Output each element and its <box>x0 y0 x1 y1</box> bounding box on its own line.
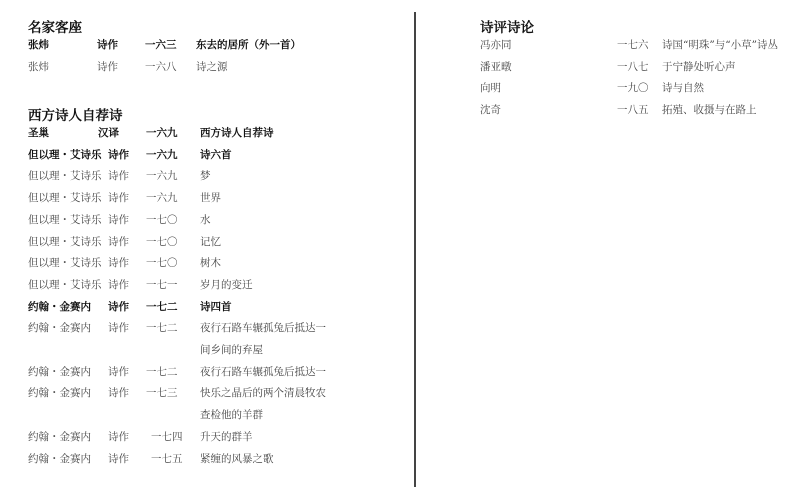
entry-title: 东去的居所（外一首） <box>196 35 301 55</box>
entry-author: 但以理・艾诗乐 <box>28 188 102 208</box>
entry-page: 一八五 <box>617 100 649 120</box>
entry-author: 冯亦同 <box>480 35 512 55</box>
entry-page: 一七〇 <box>146 253 178 273</box>
entry-page: 一六三 <box>145 35 177 55</box>
entry-title: 于宁静处听心声 <box>662 57 736 77</box>
entry-author: 但以理・艾诗乐 <box>28 166 102 186</box>
entry-title: 西方诗人自荐诗 <box>200 123 274 143</box>
entry-type: 诗作 <box>108 362 129 382</box>
entry-type: 汉译 <box>98 123 119 143</box>
entry-type: 诗作 <box>97 57 118 77</box>
entry-title: 岁月的变迁 <box>200 275 253 295</box>
entry-type: 诗作 <box>108 253 129 273</box>
entry-title: 诗国“明珠”与“小草”诗丛 <box>662 35 778 55</box>
entry-type: 诗作 <box>108 275 129 295</box>
entry-type: 诗作 <box>108 210 129 230</box>
entry-page: 一九〇 <box>617 78 649 98</box>
entry-author: 圣巢 <box>28 123 49 143</box>
entry-page: 一七〇 <box>146 232 178 252</box>
entry-author: 张炜 <box>28 35 49 55</box>
section-title-western: 西方诗人自荐诗 <box>28 104 123 124</box>
entry-title: 水 <box>200 210 211 230</box>
entry-author: 但以理・艾诗乐 <box>28 210 102 230</box>
entry-title: 世界 <box>200 188 221 208</box>
entry-author: 约翰・金赛内 <box>28 449 91 469</box>
entry-page: 一六九 <box>146 166 178 186</box>
entry-page: 一六九 <box>146 188 178 208</box>
entry-title: 拓殖、收摄与在路上 <box>662 100 757 120</box>
entry-title: 诗六首 <box>200 145 232 165</box>
entry-type: 诗作 <box>108 297 129 317</box>
entry-title: 查检他的羊群 <box>200 405 263 425</box>
entry-title: 梦 <box>200 166 211 186</box>
entry-type: 诗作 <box>108 232 129 252</box>
entry-page: 一七三 <box>146 383 178 403</box>
entry-type: 诗作 <box>97 35 118 55</box>
entry-author: 约翰・金赛内 <box>28 297 91 317</box>
entry-title: 诗四首 <box>200 297 232 317</box>
entry-title: 夜行石路车辗孤兔后抵达一 <box>200 318 326 338</box>
entry-author: 张炜 <box>28 57 49 77</box>
entry-title: 快乐之晶后的两个清晨牧农 <box>200 383 326 403</box>
entry-page: 一七四 <box>151 427 183 447</box>
entry-author: 但以理・艾诗乐 <box>28 145 102 165</box>
entry-author: 约翰・金赛内 <box>28 362 91 382</box>
entry-page: 一八七 <box>617 57 649 77</box>
entry-page: 一七二 <box>146 318 178 338</box>
entry-page: 一六九 <box>146 145 178 165</box>
entry-type: 诗作 <box>108 318 129 338</box>
entry-type: 诗作 <box>108 383 129 403</box>
entry-author: 但以理・艾诗乐 <box>28 275 102 295</box>
section-title-criticism: 诗评诗论 <box>480 16 534 36</box>
entry-type: 诗作 <box>108 427 129 447</box>
entry-author: 沈奇 <box>480 100 501 120</box>
entry-author: 约翰・金赛内 <box>28 427 91 447</box>
entry-author: 但以理・艾诗乐 <box>28 232 102 252</box>
entry-title: 升天的群羊 <box>200 427 253 447</box>
entry-page: 一六八 <box>145 57 177 77</box>
entry-title: 树木 <box>200 253 221 273</box>
entry-page: 一七一 <box>146 275 178 295</box>
entry-page: 一七五 <box>151 449 183 469</box>
entry-type: 诗作 <box>108 188 129 208</box>
entry-author: 潘亚暾 <box>480 57 512 77</box>
entry-type: 诗作 <box>108 449 129 469</box>
entry-title: 紧缠的风暴之歌 <box>200 449 274 469</box>
entry-title: 记忆 <box>200 232 221 252</box>
entry-page: 一七六 <box>617 35 649 55</box>
entry-type: 诗作 <box>108 145 129 165</box>
entry-title: 诗与自然 <box>662 78 704 98</box>
entry-author: 向明 <box>480 78 501 98</box>
entry-title: 诗之源 <box>196 57 228 77</box>
column-divider <box>414 12 416 487</box>
section-title-guest: 名家客座 <box>28 16 82 36</box>
entry-page: 一六九 <box>146 123 178 143</box>
entry-author: 约翰・金赛内 <box>28 383 91 403</box>
entry-title: 间乡间的弃屋 <box>200 340 263 360</box>
entry-author: 但以理・艾诗乐 <box>28 253 102 273</box>
entry-title: 夜行石路车辗孤兔后抵达一 <box>200 362 326 382</box>
entry-page: 一七〇 <box>146 210 178 230</box>
entry-type: 诗作 <box>108 166 129 186</box>
entry-page: 一七二 <box>146 297 178 317</box>
entry-author: 约翰・金赛内 <box>28 318 91 338</box>
entry-page: 一七二 <box>146 362 178 382</box>
